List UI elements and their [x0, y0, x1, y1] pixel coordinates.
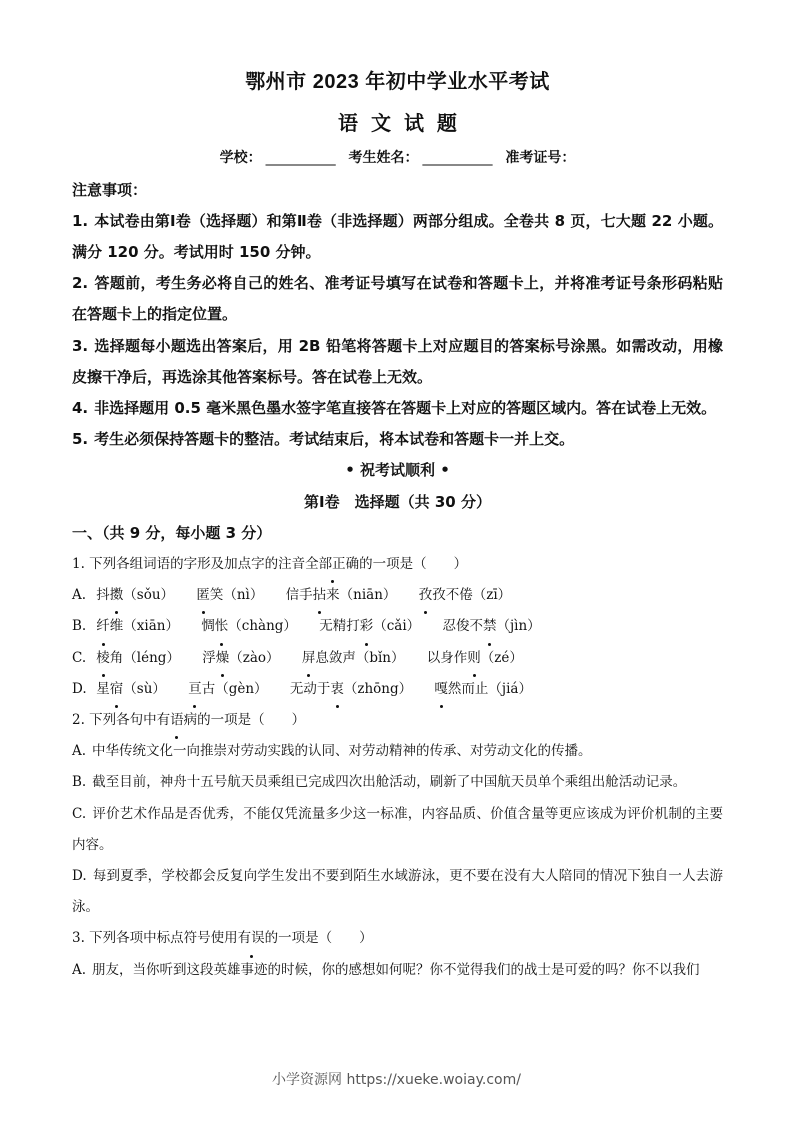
pinyin: （xiān） — [123, 618, 179, 634]
pinyin: （gèn） — [215, 681, 267, 697]
notice-item: 2.答题前，考生务必将自己的姓名、准考证号填写在试卷和答题卡上，并将准考证号条形… — [72, 268, 723, 330]
stem-text: 3. 下列各项中标点符号使用 — [72, 930, 238, 946]
notice-item: 4.非选择题用 0.5 毫米黑色墨水签字笔直接答在答题卡上对应的答题区域内。答在… — [72, 393, 723, 424]
watermark-footer: 小学资源网 https://xueke.woiay.com/ — [0, 1068, 793, 1092]
pinyin: （léng） — [123, 650, 180, 666]
notice-text: 答题前，考生务必将自己的姓名、准考证号填写在试卷和答题卡上，并将准考证号条形码粘… — [72, 274, 723, 323]
option-label: B. — [72, 611, 92, 642]
pinyin: （bǐn） — [356, 650, 405, 666]
option-text: 评价艺术作品是否优秀，不能仅凭流量多少这一标准，内容品质、价值含量等更应该成为评… — [72, 806, 723, 853]
option-word: 星宿（sù） — [96, 674, 166, 705]
word-text: 来 — [326, 587, 340, 603]
word-text: 笑 — [210, 587, 224, 603]
word-text: 以身作 — [427, 650, 468, 666]
id-label: 准考证号： — [505, 150, 575, 166]
dotted-char: 亘 — [188, 674, 202, 705]
dotted-char: 衷 — [330, 674, 344, 705]
word-text: 忍俊不 — [442, 618, 483, 634]
option-word: 惆怅（chàng） — [201, 611, 297, 642]
pinyin: （nì） — [223, 587, 263, 603]
pinyin: （sǒu） — [123, 587, 174, 603]
pinyin: （zhōng） — [344, 681, 412, 697]
pinyin: （sù） — [123, 681, 166, 697]
word-text: 抖 — [96, 587, 110, 603]
option-label: A. — [72, 962, 86, 978]
option-word: 以身作则（zé） — [427, 643, 523, 674]
option-word: 抖擞（sǒu） — [96, 580, 174, 611]
pinyin: （niān） — [340, 587, 397, 603]
pinyin: （jiá） — [488, 681, 532, 697]
word-text: 浮 — [202, 650, 216, 666]
option-row: D.每到夏季，学校都会反复向学生发出不要到陌生水域游泳，更不要在没有大人陪同的情… — [72, 861, 723, 923]
notice-text: 非选择题用 0.5 毫米黑色墨水签字笔直接答在答题卡上对应的答题区域内。答在试卷… — [94, 399, 716, 417]
option-row: C. 棱角（léng） 浮燥（zào） 屏息敛声（bǐn） 以身作则（zé） — [72, 643, 723, 674]
notice-text: 考生必须保持答题卡的整洁。考试结束后，将本试卷和答题卡一并上交。 — [94, 430, 574, 448]
dotted-char: 怅 — [215, 611, 229, 642]
notice-number: 3. — [72, 337, 88, 355]
option-word: 纤维（xiān） — [96, 611, 179, 642]
option-text: 每到夏季，学校都会反复向学生发出不要到陌生水域游泳，更不要在没有大人陪同的情况下… — [72, 868, 723, 915]
name-blank: __________ — [423, 150, 493, 166]
dotted-char: 纤 — [96, 611, 110, 642]
option-label: C. — [72, 643, 92, 674]
option-row: C.评价艺术作品是否优秀，不能仅凭流量多少这一标准，内容品质、价值含量等更应该成… — [72, 799, 723, 861]
notice-text: 选择题每小题选出答案后，用 2B 铅笔将答题卡上对应题目的答案标号涂黑。如需改动… — [72, 337, 723, 386]
option-label: A. — [72, 580, 92, 611]
notice-text: 本试卷由第Ⅰ卷（选择题）和第Ⅱ卷（非选择题）两部分组成。全卷共 8 页，七大题 … — [72, 212, 723, 261]
option-word: 匿笑（nì） — [196, 580, 263, 611]
pinyin: （zé） — [481, 650, 523, 666]
option-row: B. 纤维（xiān） 惆怅（chàng） 无精打彩（cǎi） 忍俊不禁（jìn… — [72, 611, 723, 642]
dotted-char: 宿 — [110, 674, 124, 705]
emphasized-text: 有误 — [238, 930, 265, 946]
emphasized-text: 有语病 — [157, 712, 198, 728]
notice-heading: 注意事项： — [72, 175, 723, 206]
dotted-char: 燥 — [216, 643, 230, 674]
word-text: 然而止 — [448, 681, 489, 697]
dotted-char: 孜 — [419, 580, 433, 611]
name-label: 考生姓名： — [349, 150, 419, 166]
option-label: B. — [72, 774, 86, 790]
option-word: 棱角（léng） — [96, 643, 180, 674]
option-text: 朋友，当你听到这段英雄事迹的时候，你的感想如何呢？你不觉得我们的战士是可爱的吗？… — [92, 962, 700, 978]
stem-text: 的一项是（ ） — [265, 930, 373, 946]
word-text: 孜不倦 — [432, 587, 473, 603]
option-label: D. — [72, 868, 87, 884]
word-text: 古 — [202, 681, 216, 697]
notice-number: 1. — [72, 212, 88, 230]
notice-number: 5. — [72, 430, 88, 448]
option-word: 无动于衷（zhōng） — [290, 674, 412, 705]
option-word: 屏息敛声（bǐn） — [302, 643, 405, 674]
word-text: 无精打 — [319, 618, 360, 634]
question-stem: 2. 下列各句中有语病的一项是（ ） — [72, 705, 723, 736]
pinyin: （zào） — [229, 650, 279, 666]
option-row: A. 抖擞（sǒu） 匿笑（nì） 信手拈来（niān） 孜孜不倦（zī） — [72, 580, 723, 611]
pinyin: （jìn） — [496, 618, 540, 634]
word-text: 角 — [110, 650, 124, 666]
option-word: 孜孜不倦（zī） — [419, 580, 511, 611]
question-stem: 3. 下列各项中标点符号使用有误的一项是（ ） — [72, 923, 723, 954]
option-label: D. — [72, 674, 92, 705]
dotted-char: 嘎 — [434, 674, 448, 705]
word-text: 信手 — [286, 587, 313, 603]
emphasis-dots: 全部正确 — [305, 549, 359, 580]
word-text: 息敛声 — [315, 650, 356, 666]
option-word: 信手拈来（niān） — [286, 580, 397, 611]
option-row: A.中华传统文化一向推崇对劳动实践的认同、对劳动精神的传承、对劳动文化的传播。 — [72, 736, 723, 767]
content-flow: 注意事项： 1.本试卷由第Ⅰ卷（选择题）和第Ⅱ卷（非选择题）两部分组成。全卷共 … — [72, 175, 723, 986]
option-text: 截至目前，神舟十五号航天员乘组已完成四次出舱活动，刷新了中国航天员单个乘组出舱活… — [92, 774, 686, 790]
blessing-text: • 祝考试顺利 • — [72, 455, 723, 486]
option-word: 忍俊不禁（jìn） — [442, 611, 540, 642]
word-text: 星 — [96, 681, 110, 697]
option-row: A.朋友，当你听到这段英雄事迹的时候，你的感想如何呢？你不觉得我们的战士是可爱的… — [72, 955, 723, 986]
option-word: 浮燥（zào） — [202, 643, 279, 674]
word-text: 维 — [110, 618, 124, 634]
option-word: 无精打彩（cǎi） — [319, 611, 420, 642]
option-label: A. — [72, 743, 86, 759]
dotted-char: 屏 — [302, 643, 316, 674]
dotted-char: 彩 — [360, 611, 374, 642]
emphasis-dots: 有误 — [238, 923, 265, 954]
notice-number: 2. — [72, 274, 88, 292]
school-blank: __________ — [266, 150, 336, 166]
stem-text: 1. 下列各组词语的字形及加点字的注音 — [72, 556, 305, 572]
pinyin: （chàng） — [228, 618, 297, 634]
emphasized-text: 全部正确 — [305, 556, 359, 572]
dotted-char: 擞 — [110, 580, 124, 611]
notice-number: 4. — [72, 399, 88, 417]
question-stem: 1. 下列各组词语的字形及加点字的注音全部正确的一项是（ ） — [72, 549, 723, 580]
word-text: 无动于 — [290, 681, 331, 697]
school-label: 学校： — [220, 150, 262, 166]
emphasis-dots: 有语病 — [157, 705, 198, 736]
pinyin: （cǎi） — [373, 618, 420, 634]
volume-title: 第Ⅰ卷 选择题（共 30 分） — [72, 487, 723, 518]
option-row: B.截至目前，神舟十五号航天员乘组已完成四次出舱活动，刷新了中国航天员单个乘组出… — [72, 767, 723, 798]
subject-title: 语 文 试 题 — [72, 108, 723, 138]
option-row: D. 星宿（sù） 亘古（gèn） 无动于衷（zhōng） 嘎然而止（jiá） — [72, 674, 723, 705]
exam-title: 鄂州市 2023 年初中学业水平考试 — [72, 67, 723, 97]
option-text: 中华传统文化一向推崇对劳动实践的认同、对劳动精神的传承、对劳动文化的传播。 — [92, 743, 592, 759]
dotted-char: 禁 — [483, 611, 497, 642]
dotted-char: 拈 — [313, 580, 327, 611]
notice-item: 5.考生必须保持答题卡的整洁。考试结束后，将本试卷和答题卡一并上交。 — [72, 424, 723, 455]
option-word: 亘古（gèn） — [188, 674, 267, 705]
option-label: C. — [72, 806, 86, 822]
option-word: 嘎然而止（jiá） — [434, 674, 532, 705]
dotted-char: 匿 — [196, 580, 210, 611]
stem-text: 的一项是（ ） — [359, 556, 467, 572]
candidate-info-line: 学校：__________ 考生姓名：__________ 准考证号： — [72, 146, 723, 170]
stem-text: 的一项是（ ） — [197, 712, 305, 728]
dotted-char: 则 — [467, 643, 481, 674]
notice-item: 1.本试卷由第Ⅰ卷（选择题）和第Ⅱ卷（非选择题）两部分组成。全卷共 8 页，七大… — [72, 206, 723, 268]
pinyin: （zī） — [473, 587, 511, 603]
notice-item: 3.选择题每小题选出答案后，用 2B 铅笔将答题卡上对应题目的答案标号涂黑。如需… — [72, 331, 723, 393]
section-title: 一、（共 9 分，每小题 3 分） — [72, 518, 723, 549]
stem-text: 2. 下列各句中 — [72, 712, 157, 728]
word-text: 惆 — [201, 618, 215, 634]
dotted-char: 棱 — [96, 643, 110, 674]
